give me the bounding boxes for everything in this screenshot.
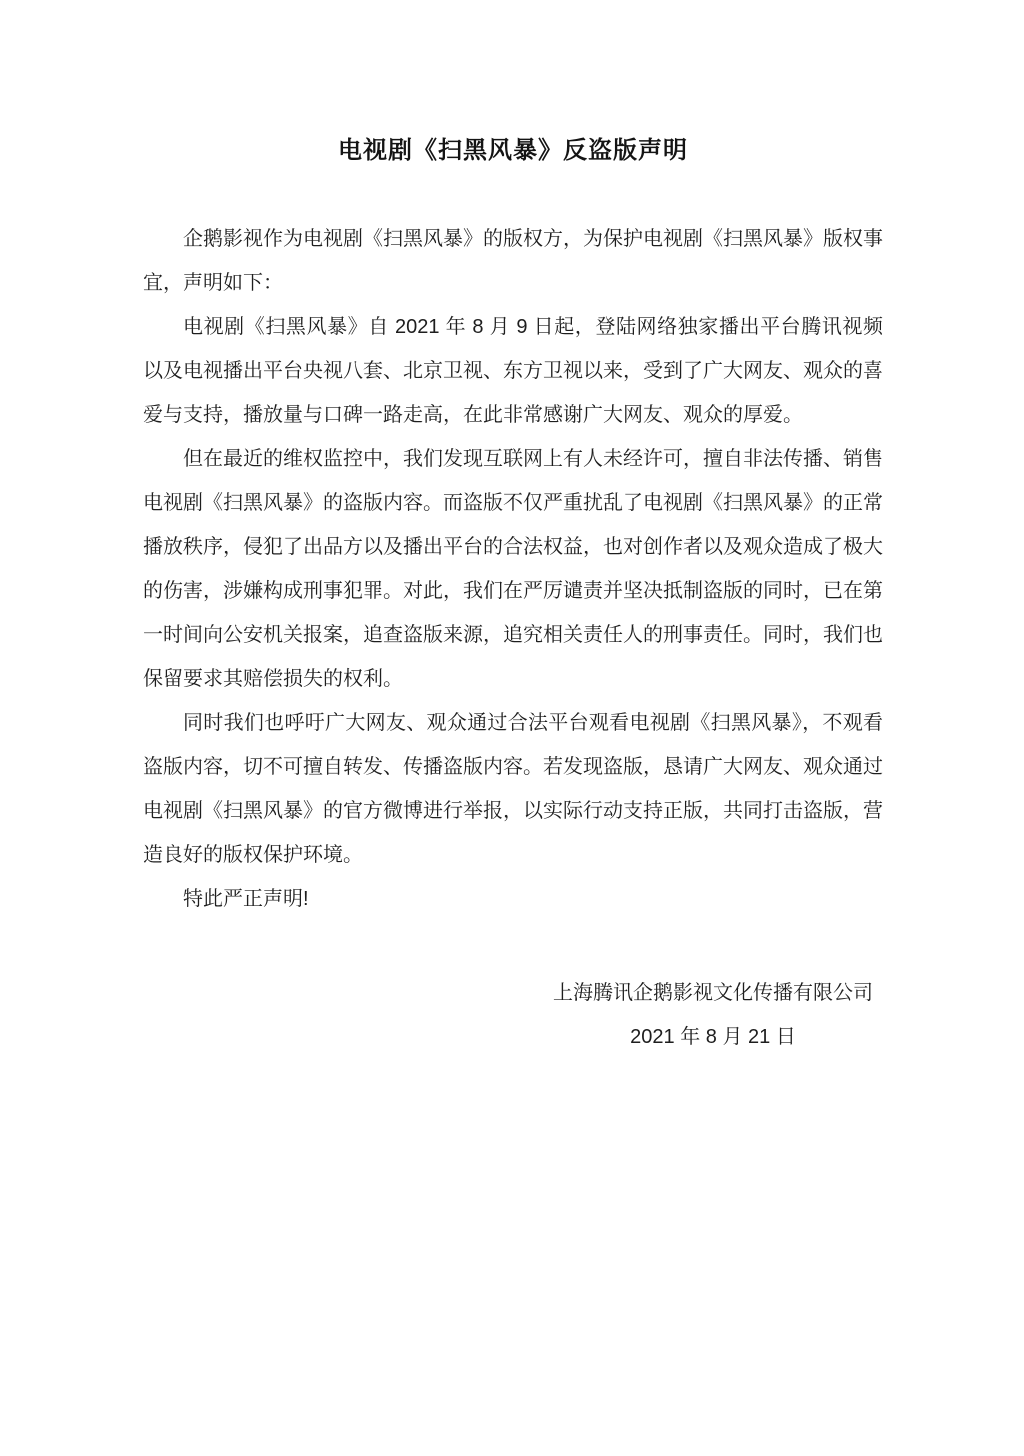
signature-company: 上海腾讯企鹅影视文化传播有限公司: [553, 971, 873, 1015]
document-page: 电视剧《扫黑风暴》反盗版声明 企鹅影视作为电视剧《扫黑风暴》的版权方，为保护电视…: [0, 0, 1024, 1456]
document-body: 企鹅影视作为电视剧《扫黑风暴》的版权方，为保护电视剧《扫黑风暴》版权事宜，声明如…: [143, 217, 883, 921]
paragraph-declaration-intro: 企鹅影视作为电视剧《扫黑风暴》的版权方，为保护电视剧《扫黑风暴》版权事宜，声明如…: [143, 217, 883, 305]
document-title: 电视剧《扫黑风暴》反盗版声明: [143, 134, 883, 167]
paragraph-broadcast-background: 电视剧《扫黑风暴》自 2021 年 8 月 9 日起，登陆网络独家播出平台腾讯视…: [143, 305, 883, 437]
paragraph-closing-statement: 特此严正声明!: [143, 877, 883, 921]
signature-block: 上海腾讯企鹅影视文化传播有限公司 2021 年 8 月 21 日: [553, 971, 873, 1059]
paragraph-appeal-to-viewers: 同时我们也呼吁广大网友、观众通过合法平台观看电视剧《扫黑风暴》，不观看盗版内容，…: [143, 701, 883, 877]
paragraph-piracy-findings: 但在最近的维权监控中，我们发现互联网上有人未经许可，擅自非法传播、销售电视剧《扫…: [143, 437, 883, 701]
signature-date: 2021 年 8 月 21 日: [553, 1015, 873, 1059]
